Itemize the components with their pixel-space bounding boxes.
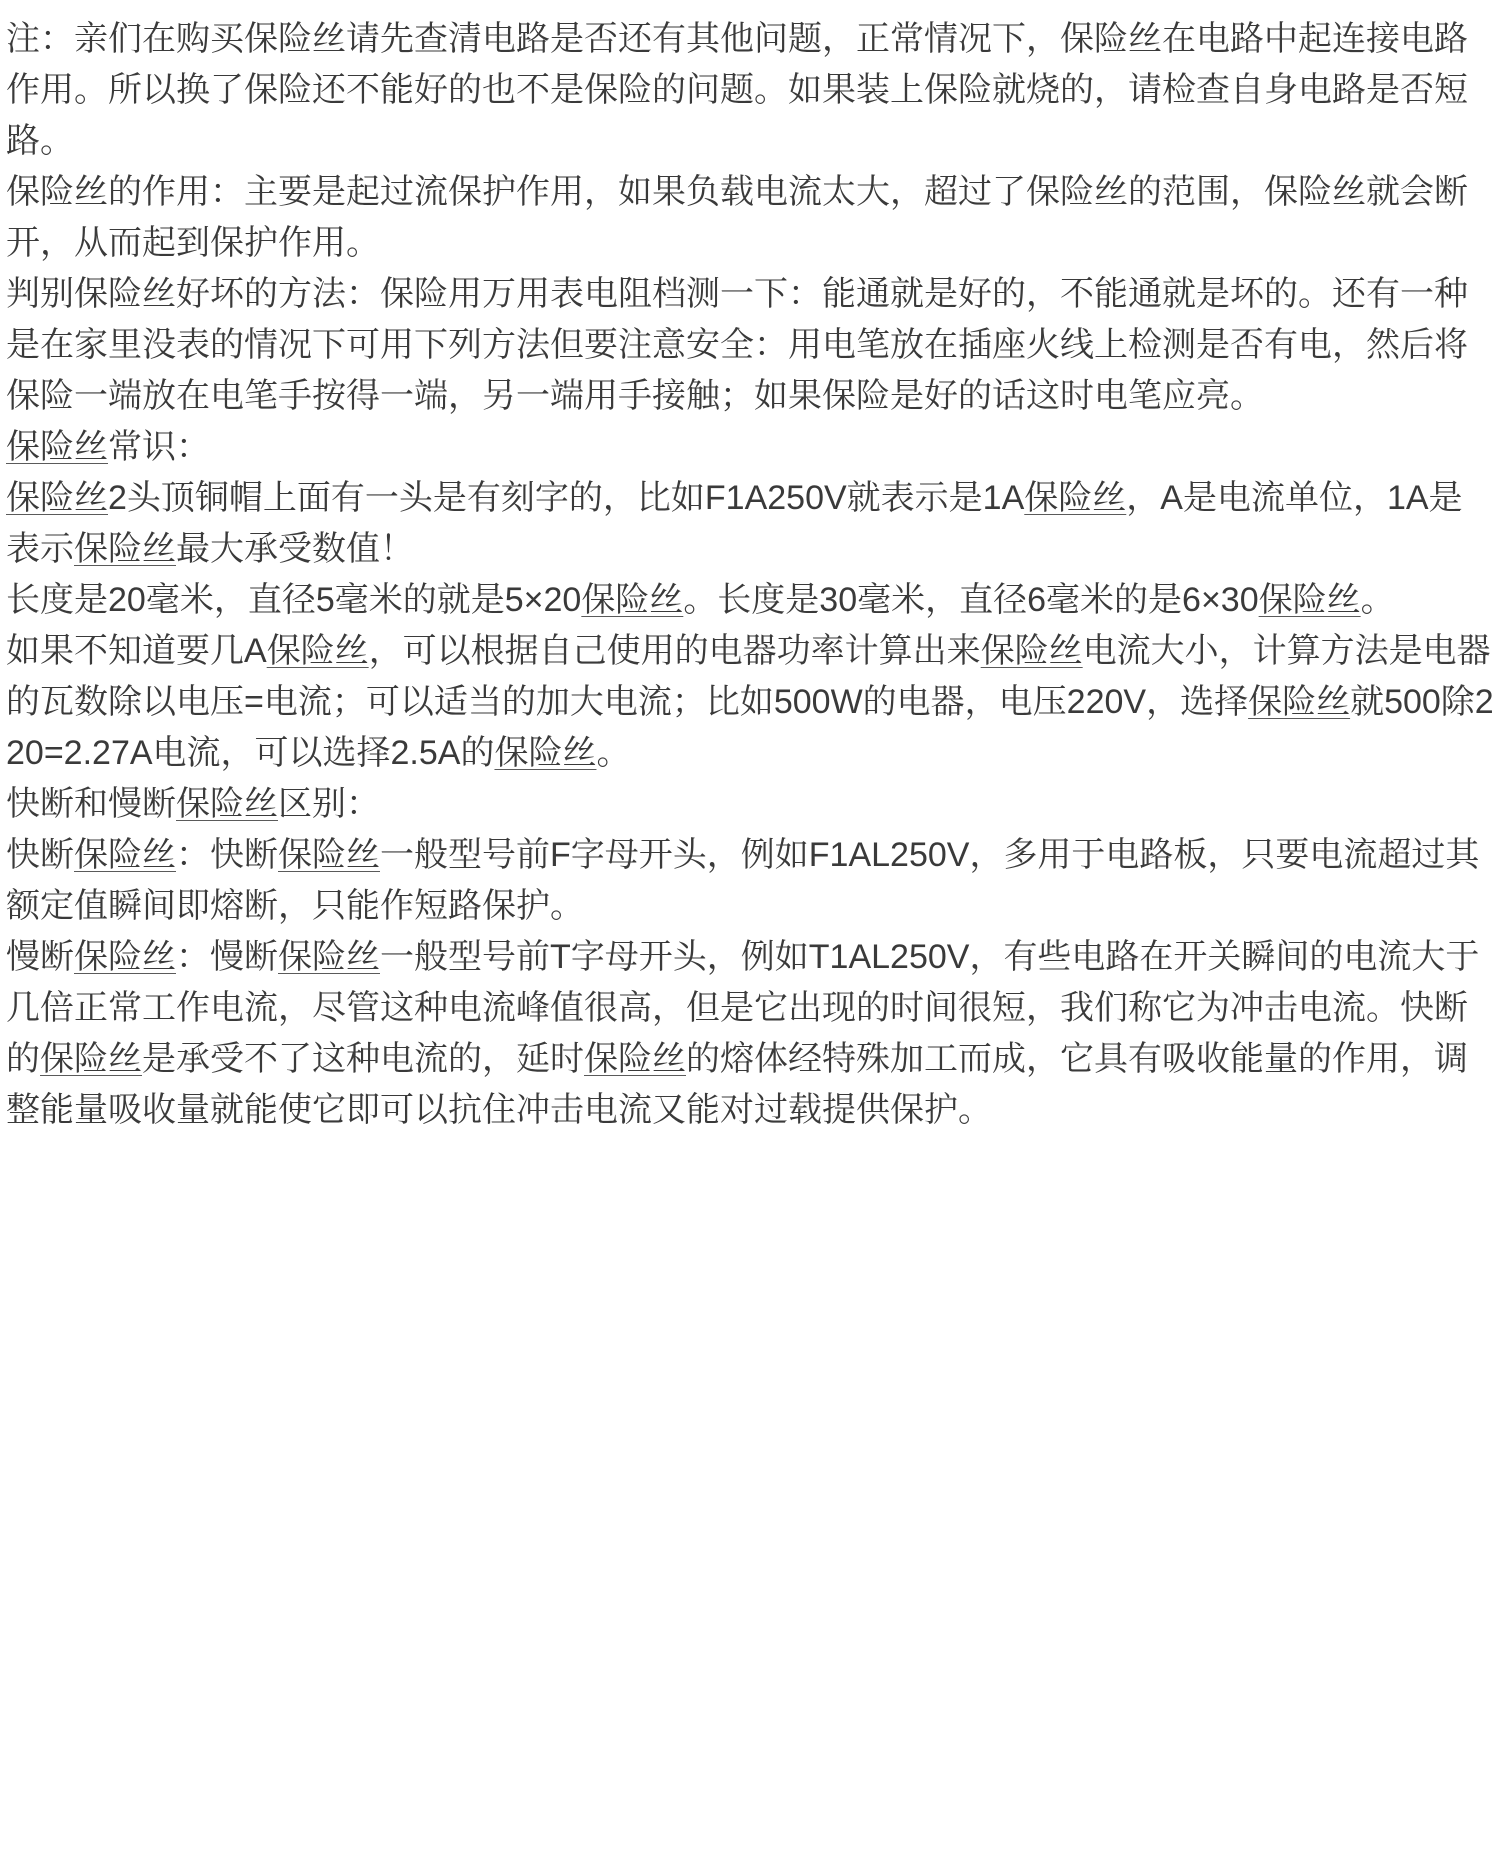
paragraph-fuse-function: 保险丝的作用：主要是起过流保护作用，如果负载电流太大，超过了保险丝的范围，保险丝…	[6, 167, 1494, 269]
underlined-keyword: 保险丝	[1024, 479, 1126, 517]
underlined-keyword: 保险丝	[1259, 581, 1361, 619]
underlined-keyword: 保险丝	[584, 1040, 686, 1078]
underlined-keyword: 保险丝	[6, 428, 108, 466]
underlined-keyword: 保险丝	[6, 479, 108, 517]
heading-fuse-knowledge: 保险丝常识：	[6, 422, 1494, 473]
underlined-keyword: 保险丝	[40, 1040, 142, 1078]
paragraph-current-calculation: 如果不知道要几A保险丝，可以根据自己使用的电器功率计算出来保险丝电流大小，计算方…	[6, 626, 1494, 779]
underlined-keyword: 保险丝	[74, 938, 176, 976]
paragraph-note: 注：亲们在购买保险丝请先查清电路是否还有其他问题，正常情况下，保险丝在电路中起连…	[6, 14, 1494, 167]
underlined-keyword: 保险丝	[74, 836, 176, 874]
underlined-keyword: 保险丝	[278, 836, 380, 874]
fuse-product-description: 注：亲们在购买保险丝请先查清电路是否还有其他问题，正常情况下，保险丝在电路中起连…	[0, 0, 1500, 1136]
paragraph-dimensions: 长度是20毫米，直径5毫米的就是5×20保险丝。长度是30毫米，直径6毫米的是6…	[6, 575, 1494, 626]
paragraph-fast-blow: 快断保险丝：快断保险丝一般型号前F字母开头，例如F1AL250V，多用于电路板，…	[6, 830, 1494, 932]
underlined-keyword: 保险丝	[581, 581, 683, 619]
paragraph-slow-blow: 慢断保险丝：慢断保险丝一般型号前T字母开头，例如T1AL250V，有些电路在开关…	[6, 932, 1494, 1136]
underlined-keyword: 保险丝	[176, 785, 278, 823]
paragraph-marking: 保险丝2头顶铜帽上面有一头是有刻字的，比如F1A250V就表示是1A保险丝，A是…	[6, 473, 1494, 575]
paragraph-test-method: 判别保险丝好坏的方法：保险用万用表电阻档测一下：能通就是好的，不能通就是坏的。还…	[6, 269, 1494, 422]
underlined-keyword: 保险丝	[1248, 683, 1350, 721]
underlined-keyword: 保险丝	[981, 632, 1083, 670]
underlined-keyword: 保险丝	[278, 938, 380, 976]
underlined-keyword: 保险丝	[267, 632, 369, 670]
heading-fast-slow-difference: 快断和慢断保险丝区别：	[6, 779, 1494, 830]
underlined-keyword: 保险丝	[494, 734, 596, 772]
underlined-keyword: 保险丝	[74, 530, 176, 568]
